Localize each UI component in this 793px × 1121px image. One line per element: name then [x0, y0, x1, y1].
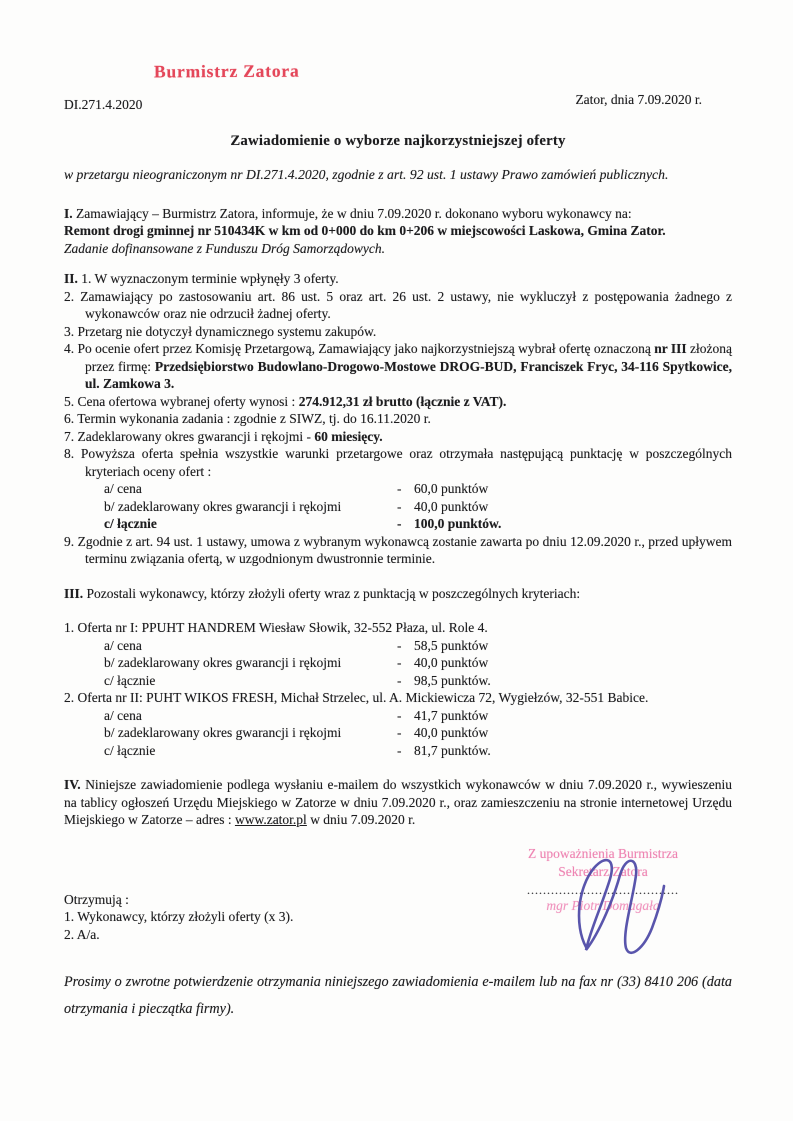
criterion-label: b/ zadeklarowany okres gwarancji i rękoj…: [104, 654, 397, 672]
criterion-points: 100,0 punktów.: [414, 515, 501, 533]
signatory-name: mgr Piotr Domagała: [478, 897, 728, 915]
section-1: I. Zamawiający – Burmistrz Zatora, infor…: [64, 205, 732, 258]
place-date: Zator, dnia 7.09.2020 r.: [575, 91, 702, 109]
website-url: www.zator.pl: [235, 812, 307, 827]
section-2-item-5: 5. Cena ofertowa wybranej oferty wynosi …: [64, 393, 732, 411]
section-2-item-9: 9. Zgodnie z art. 94 ust. 1 ustawy, umow…: [64, 533, 732, 568]
document-subtitle: w przetargu nieograniczonym nr DI.271.4.…: [64, 166, 732, 184]
criterion-dash: -: [397, 498, 414, 516]
criterion-points: 98,5 punktów.: [414, 672, 491, 690]
warranty-period: 60 miesięcy.: [314, 429, 382, 444]
section-2-item-4: 4. Po ocenie ofert przez Komisję Przetar…: [64, 340, 732, 393]
criterion-dash: -: [397, 742, 414, 760]
criteria-row-total: c/ łącznie-100,0 punktów.: [64, 515, 732, 533]
reference-row: DI.271.4.2020 Zator, dnia 7.09.2020 r.: [64, 96, 732, 114]
offer-2-heading: 2. Oferta nr II: PUHT WIKOS FRESH, Micha…: [64, 689, 732, 707]
criteria-row: a/ cena-58,5 punktów: [64, 637, 732, 655]
criterion-label: a/ cena: [104, 480, 397, 498]
criterion-dash: -: [397, 480, 414, 498]
item-7-pre: 7. Zadeklarowany okres gwarancji i rękoj…: [64, 429, 314, 444]
authorization-stamp-line2: Sekretarz Zatora: [478, 863, 728, 881]
reference-number: DI.271.4.2020: [64, 96, 142, 114]
section-3-label: III.: [64, 586, 83, 601]
section-4-text-post: w dniu 7.09.2020 r.: [307, 812, 415, 827]
scanned-document-page: Burmistrz Zatora DI.271.4.2020 Zator, dn…: [0, 0, 793, 1121]
criterion-label: c/ łącznie: [104, 672, 397, 690]
criterion-label: b/ zadeklarowany okres gwarancji i rękoj…: [104, 498, 397, 516]
other-offers: 1. Oferta nr I: PPUHT HANDREM Wiesław Sł…: [64, 619, 732, 759]
criterion-dash: -: [397, 654, 414, 672]
criterion-dash: -: [397, 515, 414, 533]
winning-company: Przedsiębiorstwo Budowlano-Drogowo-Mosto…: [85, 359, 732, 392]
funding-note: Zadanie dofinansowane z Funduszu Dróg Sa…: [64, 240, 732, 258]
document-title: Zawiadomienie o wyborze najkorzystniejsz…: [64, 133, 732, 151]
distribution-item: 2. A/a.: [64, 926, 732, 944]
confirmation-note: Prosimy o zwrotne potwierdzenie otrzyman…: [64, 969, 732, 1023]
criteria-row: b/ zadeklarowany okres gwarancji i rękoj…: [64, 498, 732, 516]
offer-1-heading: 1. Oferta nr I: PPUHT HANDREM Wiesław Sł…: [64, 619, 732, 637]
signature-area: Z upoważnienia Burmistrza Sekretarz Zato…: [478, 845, 728, 915]
criterion-label: c/ łącznie: [104, 515, 397, 533]
criteria-row: c/ łącznie-98,5 punktów.: [64, 672, 732, 690]
criterion-dash: -: [397, 724, 414, 742]
criteria-row: b/ zadeklarowany okres gwarancji i rękoj…: [64, 654, 732, 672]
criterion-label: c/ łącznie: [104, 742, 397, 760]
criterion-points: 81,7 punktów.: [414, 742, 491, 760]
section-2-item-8: 8. Powyższa oferta spełnia wszystkie war…: [64, 445, 732, 480]
section-4: IV. Niniejsze zawiadomienie podlega wysł…: [64, 776, 732, 829]
signature-dotted-line: ......................................: [478, 885, 728, 895]
offer-price: 274.912,31 zł brutto (łącznie z VAT).: [299, 394, 507, 409]
section-3-intro: Pozostali wykonawcy, którzy złożyli ofer…: [87, 586, 581, 601]
section-2-label: II.: [64, 271, 78, 286]
section-2-item-2: 2. Zamawiający po zastosowaniu art. 86 u…: [64, 288, 732, 323]
item-4-pre: 4. Po ocenie ofert przez Komisję Przetar…: [64, 341, 654, 356]
authorization-stamp: Z upoważnienia Burmistrza Sekretarz Zato…: [478, 845, 728, 880]
section-2-item-1: II. 1. W wyznaczonym terminie wpłynęły 3…: [64, 270, 732, 288]
criterion-label: a/ cena: [104, 707, 397, 725]
criteria-row: b/ zadeklarowany okres gwarancji i rękoj…: [64, 724, 732, 742]
criterion-dash: -: [397, 707, 414, 725]
section-3-heading: III. Pozostali wykonawcy, którzy złożyli…: [64, 585, 732, 603]
criteria-row: c/ łącznie-81,7 punktów.: [64, 742, 732, 760]
item-5-pre: 5. Cena ofertowa wybranej oferty wynosi …: [64, 394, 299, 409]
criteria-row: a/ cena-41,7 punktów: [64, 707, 732, 725]
criterion-points: 40,0 punktów: [414, 654, 488, 672]
section-2-item-3: 3. Przetarg nie dotyczył dynamicznego sy…: [64, 323, 732, 341]
criterion-label: b/ zadeklarowany okres gwarancji i rękoj…: [104, 724, 397, 742]
authorization-stamp-line1: Z upoważnienia Burmistrza: [478, 845, 728, 863]
section-1-intro: I. Zamawiający – Burmistrz Zatora, infor…: [64, 205, 732, 223]
section-2-item-6: 6. Termin wykonania zadania : zgodnie z …: [64, 410, 732, 428]
section-1-intro-text: Zamawiający – Burmistrz Zatora, informuj…: [76, 206, 632, 221]
criterion-label: a/ cena: [104, 637, 397, 655]
section-1-label: I.: [64, 206, 73, 221]
item-4-offer-number: nr III: [654, 341, 686, 356]
contract-subject: Remont drogi gminnej nr 510434K w km od …: [64, 222, 732, 240]
criterion-points: 60,0 punktów: [414, 480, 488, 498]
criterion-points: 40,0 punktów: [414, 724, 488, 742]
criterion-dash: -: [397, 637, 414, 655]
criterion-dash: -: [397, 672, 414, 690]
criterion-points: 40,0 punktów: [414, 498, 488, 516]
section-2-item-7: 7. Zadeklarowany okres gwarancji i rękoj…: [64, 428, 732, 446]
section-2-item-1-text: 1. W wyznaczonym terminie wpłynęły 3 ofe…: [81, 271, 338, 286]
criterion-points: 58,5 punktów: [414, 637, 488, 655]
criterion-points: 41,7 punktów: [414, 707, 488, 725]
criteria-row: a/ cena-60,0 punktów: [64, 480, 732, 498]
section-4-label: IV.: [64, 777, 81, 792]
section-2: II. 1. W wyznaczonym terminie wpłynęły 3…: [64, 270, 732, 568]
